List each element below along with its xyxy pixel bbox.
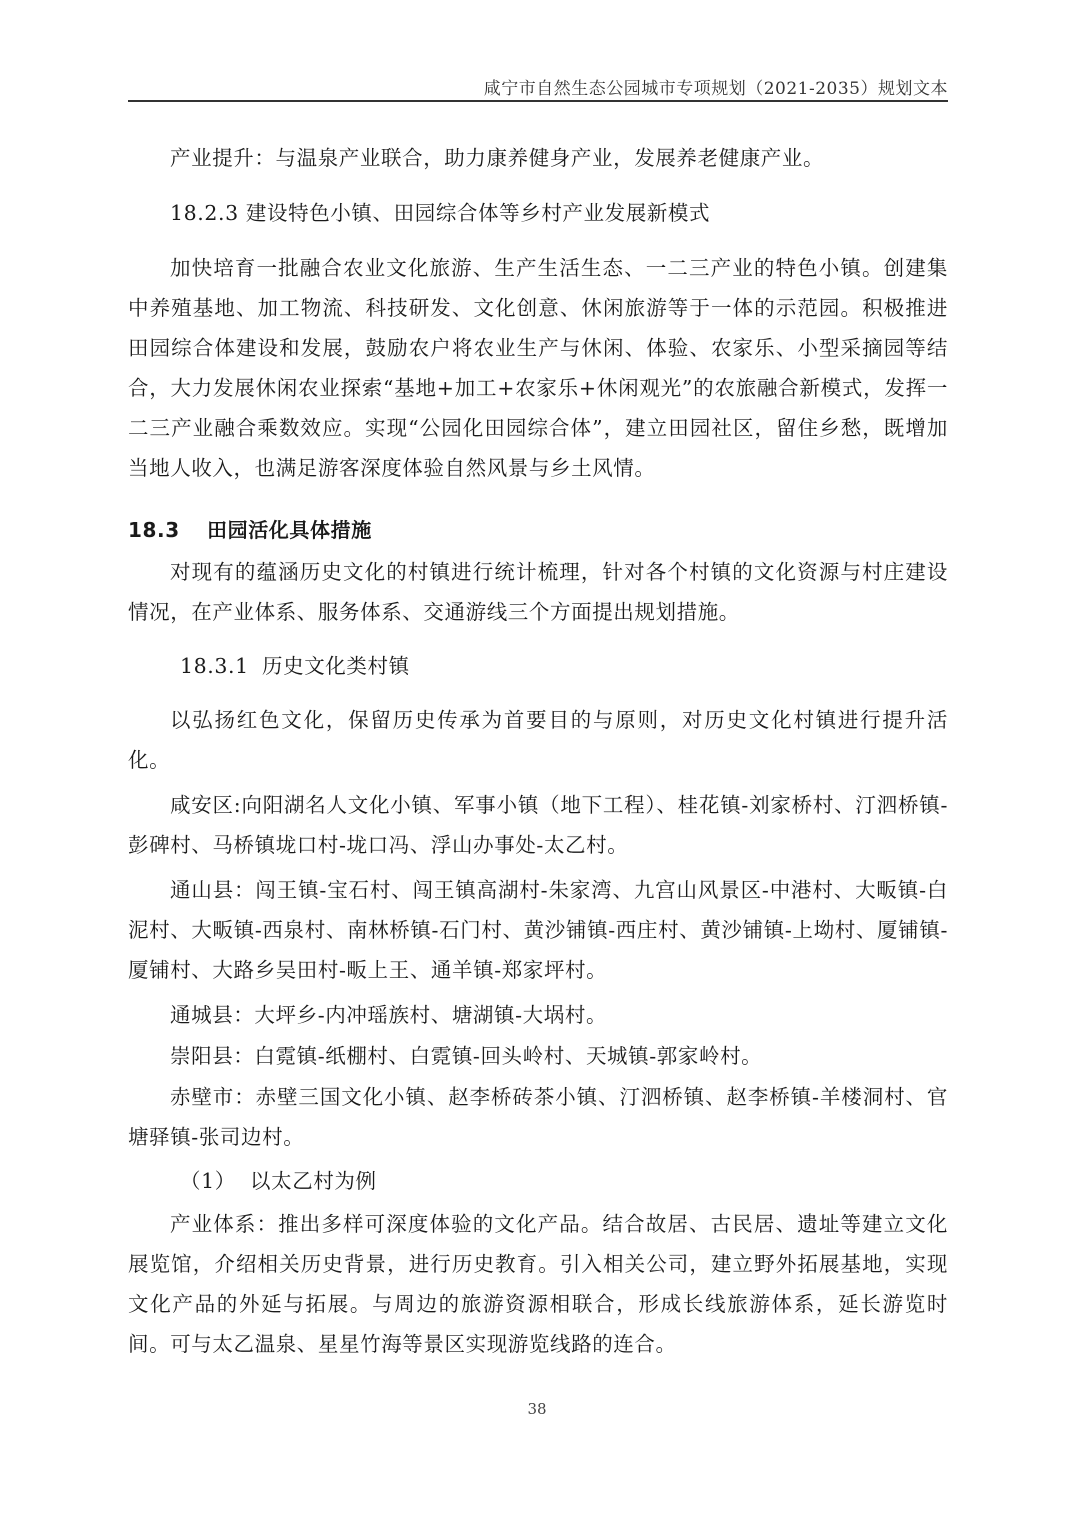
heading-number: 18.3.1 [180, 646, 262, 686]
page-header: 咸宁市自然生态公园城市专项规划（2021-2035）规划文本 [128, 72, 948, 102]
example-number: （1） [180, 1161, 250, 1201]
page-number: 38 [0, 1400, 1074, 1418]
paragraph-industry-system: 产业体系：推出多样可深度体验的文化产品。结合故居、古民居、遗址等建立文化展览馆，… [128, 1204, 948, 1364]
heading-example-1: （1）以太乙村为例 [128, 1161, 948, 1201]
heading-number: 18.3 [128, 510, 207, 550]
district-xianan: 咸安区:向阳湖名人文化小镇、军事小镇（地下工程）、桂花镇-刘家桥村、汀泗桥镇-彭… [128, 785, 948, 865]
paragraph-18-3-intro: 对现有的蕴涵历史文化的村镇进行统计梳理，针对各个村镇的文化资源与村庄建设情况，在… [128, 552, 948, 632]
example-title: 以太乙村为例 [250, 1169, 377, 1193]
heading-title: 田园活化具体措施 [207, 518, 372, 542]
heading-18-2-3: 18.2.3 建设特色小镇、田园综合体等乡村产业发展新模式 [128, 193, 948, 233]
paragraph-18-3-1-intro: 以弘扬红色文化，保留历史传承为首要目的与原则，对历史文化村镇进行提升活化。 [128, 700, 948, 780]
district-chongyang: 崇阳县：白霓镇-纸棚村、白霓镇-回头岭村、天城镇-郭家岭村。 [128, 1036, 948, 1076]
district-tongshan: 通山县：闯王镇-宝石村、闯王镇高湖村-朱家湾、九宫山风景区-中港村、大畈镇-白泥… [128, 870, 948, 990]
heading-title: 历史文化类村镇 [262, 654, 410, 678]
paragraph-industry-upgrade: 产业提升：与温泉产业联合，助力康养健身产业，发展养老健康产业。 [128, 138, 948, 178]
district-tongcheng: 通城县：大坪乡-内冲瑶族村、塘湖镇-大埚村。 [128, 995, 948, 1035]
header-title: 咸宁市自然生态公园城市专项规划（2021-2035）规划文本 [484, 74, 948, 99]
paragraph-special-towns: 加快培育一批融合农业文化旅游、生产生活生态、一二三产业的特色小镇。创建集中养殖基… [128, 248, 948, 488]
district-chibi: 赤壁市：赤壁三国文化小镇、赵李桥砖茶小镇、汀泗桥镇、赵李桥镇-羊楼洞村、官塘驿镇… [128, 1077, 948, 1157]
heading-18-3: 18.3田园活化具体措施 [128, 510, 948, 550]
heading-18-3-1: 18.3.1历史文化类村镇 [128, 646, 948, 686]
